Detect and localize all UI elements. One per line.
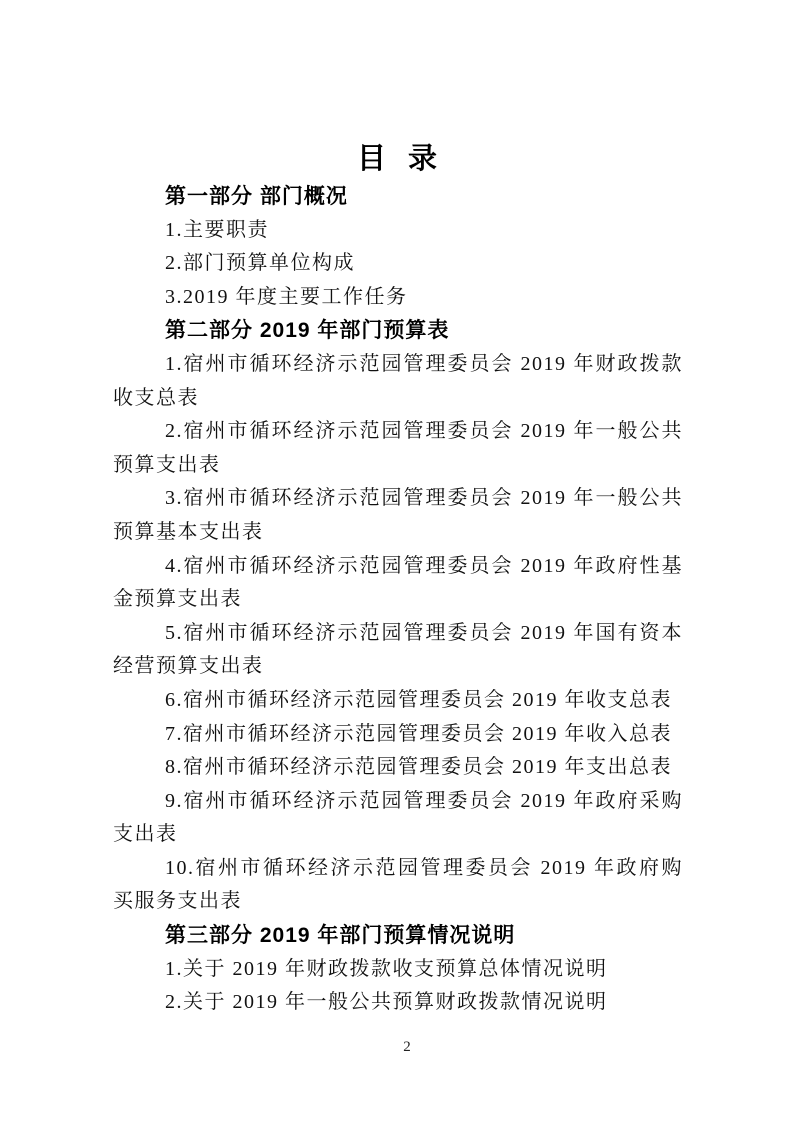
toc-item: 1.主要职责 xyxy=(113,214,683,248)
toc-item: 6.宿州市循环经济示范园管理委员会 2019 年收支总表 xyxy=(113,684,683,718)
section-heading-part2: 第二部分 2019 年部门预算表 xyxy=(113,314,683,348)
toc-content: 目 录 第一部分 部门概况 1.主要职责 2.部门预算单位构成 3.2019 年… xyxy=(113,142,683,1020)
toc-item: 1.关于 2019 年财政拨款收支预算总体情况说明 xyxy=(113,953,683,987)
document-page: 目 录 第一部分 部门概况 1.主要职责 2.部门预算单位构成 3.2019 年… xyxy=(0,0,793,1122)
toc-item: 3.2019 年度主要工作任务 xyxy=(113,281,683,315)
toc-item: 7.宿州市循环经济示范园管理委员会 2019 年收入总表 xyxy=(113,718,683,752)
toc-item: 2.关于 2019 年一般公共预算财政拨款情况说明 xyxy=(113,986,683,1020)
toc-item: 5.宿州市循环经济示范园管理委员会 2019 年国有资本经营预算支出表 xyxy=(113,617,683,684)
section-heading-part1: 第一部分 部门概况 xyxy=(113,180,683,214)
toc-item: 1.宿州市循环经济示范园管理委员会 2019 年财政拨款收支总表 xyxy=(113,348,683,415)
toc-item: 2.部门预算单位构成 xyxy=(113,247,683,281)
toc-item: 9.宿州市循环经济示范园管理委员会 2019 年政府采购支出表 xyxy=(113,785,683,852)
toc-item: 2.宿州市循环经济示范园管理委员会 2019 年一般公共预算支出表 xyxy=(113,415,683,482)
page-number: 2 xyxy=(113,1037,701,1057)
section-heading-part3: 第三部分 2019 年部门预算情况说明 xyxy=(113,919,683,953)
toc-item: 4.宿州市循环经济示范园管理委员会 2019 年政府性基金预算支出表 xyxy=(113,550,683,617)
document-title: 目 录 xyxy=(113,142,683,176)
toc-item: 8.宿州市循环经济示范园管理委员会 2019 年支出总表 xyxy=(113,751,683,785)
toc-item: 10.宿州市循环经济示范园管理委员会 2019 年政府购买服务支出表 xyxy=(113,852,683,919)
toc-item: 3.宿州市循环经济示范园管理委员会 2019 年一般公共预算基本支出表 xyxy=(113,482,683,549)
